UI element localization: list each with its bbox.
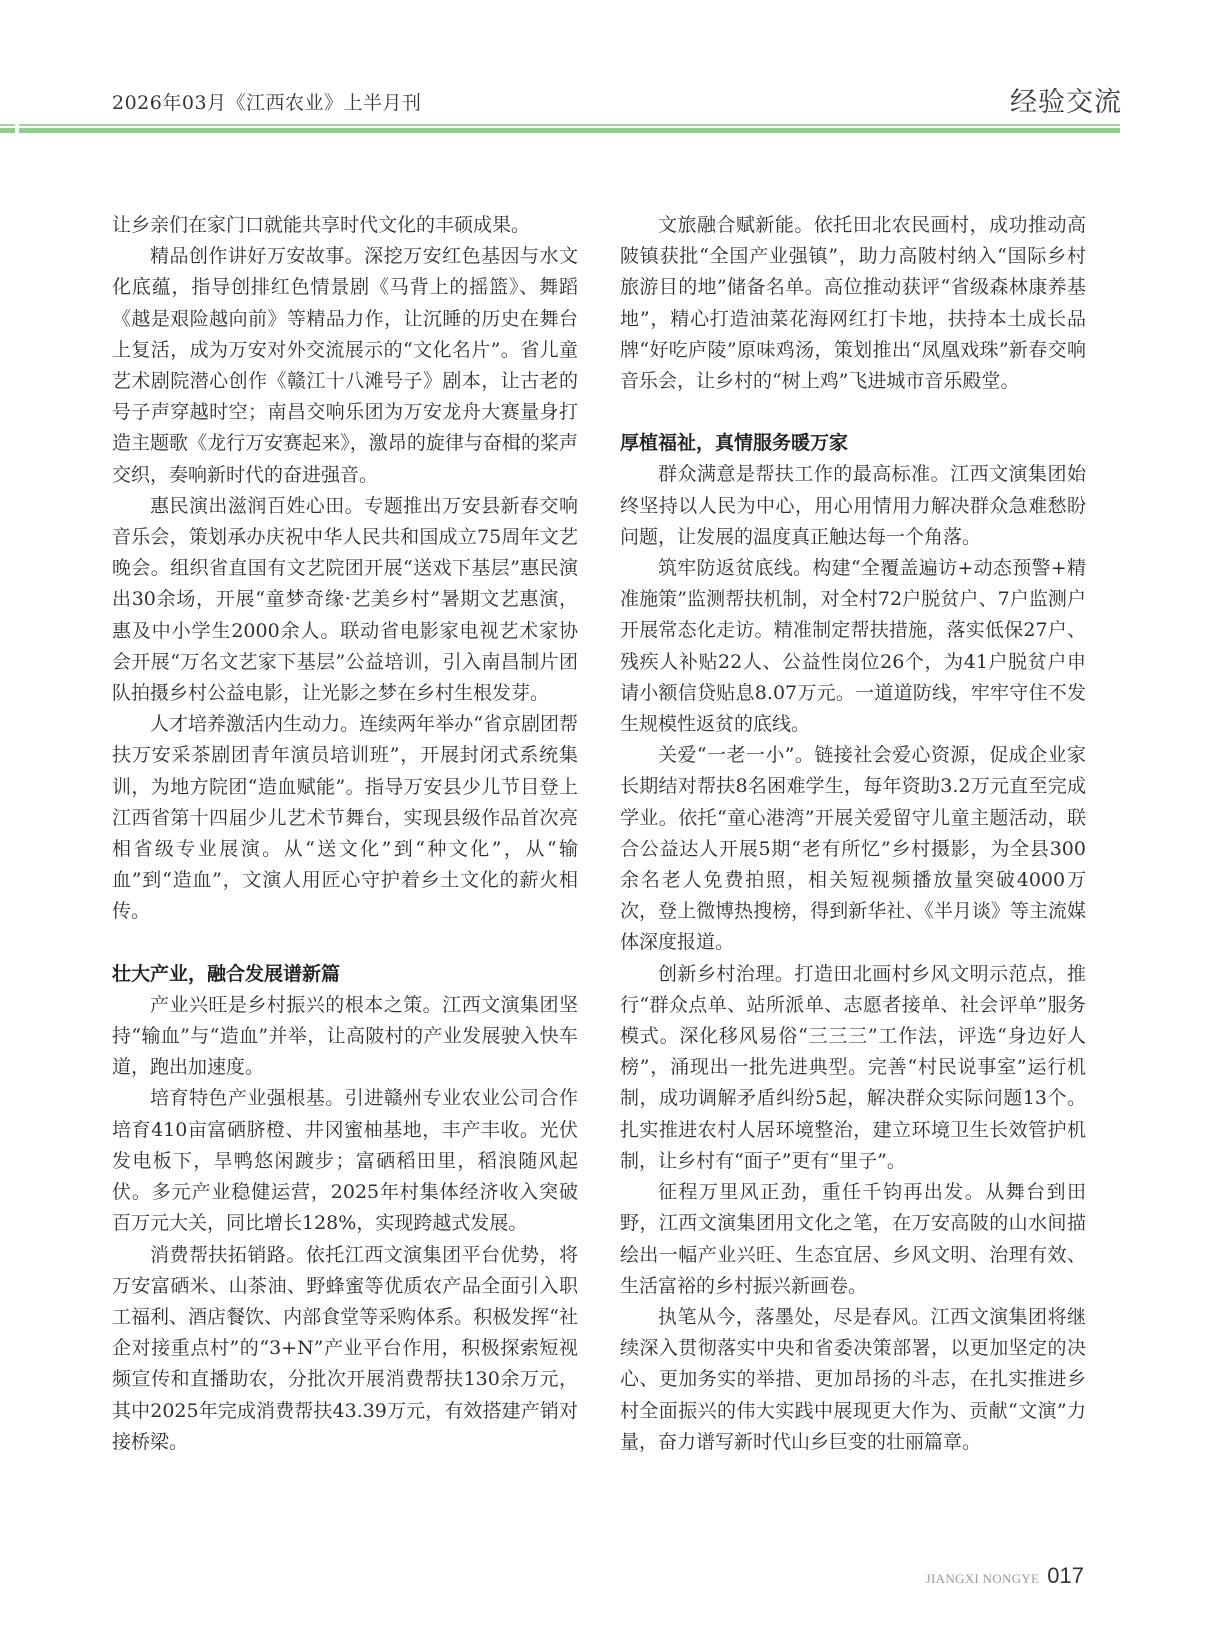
- section-heading: 壮大产业，融合发展谱新篇: [112, 959, 578, 990]
- section-spacer: [112, 928, 578, 959]
- footer-magazine-name: JIANGXI NONGYE: [926, 1571, 1040, 1587]
- header-rule-gap: [15, 122, 19, 135]
- paragraph: 人才培养激活内生动力。连续两年举办“省京剧团帮扶万安采茶剧团青年演员培训班”，开…: [112, 709, 578, 927]
- paragraph: 执笔从今，落墨处，尽是春风。江西文演集团将继续深入贯彻落实中央和省委决策部署，以…: [620, 1302, 1086, 1458]
- running-header-issue: 2026年03月《江西农业》上半月刊: [112, 88, 422, 115]
- left-column: 让乡亲们在家门口就能共享时代文化的丰硕成果。精品创作讲好万安故事。深挖万安红色基…: [112, 210, 578, 1458]
- paragraph: 消费帮扶拓销路。依托江西文演集团平台优势，将万安富硒米、山茶油、野蜂蜜等优质农产…: [112, 1240, 578, 1458]
- paragraph: 筑牢防返贫底线。构建“全覆盖遍访+动态预警+精准施策”监测帮扶机制，对全村72户…: [620, 553, 1086, 740]
- paragraph: 精品创作讲好万安故事。深挖万安红色基因与水文化底蕴，指导创排红色情景剧《马背上的…: [112, 241, 578, 491]
- paragraph: 文旅融合赋新能。依托田北农民画村，成功推动高陂镇获批“全国产业强镇”，助力高陂村…: [620, 210, 1086, 397]
- section-title: 经验交流: [1010, 80, 1122, 119]
- paragraph: 培育特色产业强根基。引进赣州专业农业公司合作培育410亩富硒脐橙、井冈蜜柚基地，…: [112, 1083, 578, 1239]
- paragraph: 产业兴旺是乡村振兴的根本之策。江西文演集团坚持“输血”与“造血”并举，让高陂村的…: [112, 990, 578, 1084]
- section-heading: 厚植福祉，真情服务暖万家: [620, 428, 1086, 459]
- section-spacer: [620, 397, 1086, 428]
- paragraph: 创新乡村治理。打造田北画村乡风文明示范点，推行“群众点单、站所派单、志愿者接单、…: [620, 959, 1086, 1177]
- right-column: 文旅融合赋新能。依托田北农民画村，成功推动高陂镇获批“全国产业强镇”，助力高陂村…: [620, 210, 1086, 1458]
- header-rule-thick: [0, 128, 1120, 133]
- footer: JIANGXI NONGYE 017: [926, 1563, 1084, 1589]
- paragraph: 群众满意是帮扶工作的最高标准。江西文演集团始终坚持以人民为中心，用心用情用力解决…: [620, 459, 1086, 553]
- page-number: 017: [1047, 1563, 1084, 1589]
- paragraph: 征程万里风正劲，重任千钧再出发。从舞台到田野，江西文演集团用文化之笔，在万安高陂…: [620, 1177, 1086, 1302]
- paragraph: 让乡亲们在家门口就能共享时代文化的丰硕成果。: [112, 210, 578, 241]
- paragraph: 惠民演出滋润百姓心田。专题推出万安县新春交响音乐会，策划承办庆祝中华人民共和国成…: [112, 491, 578, 709]
- header-rule-thin: [0, 124, 1120, 126]
- paragraph: 关爱“一老一小”。链接社会爱心资源，促成企业家长期结对帮扶8名困难学生，每年资助…: [620, 740, 1086, 958]
